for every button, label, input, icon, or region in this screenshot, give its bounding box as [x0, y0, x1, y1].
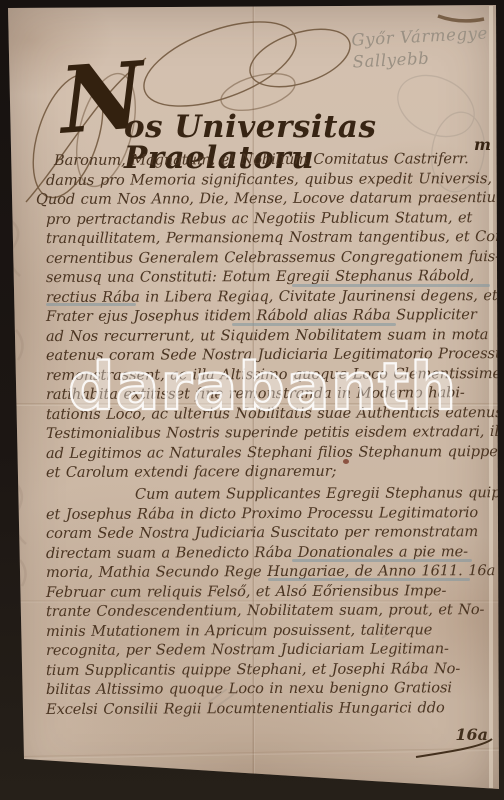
manuscript-line: coram Sede Nostra Judiciaria Suscitato p… [46, 522, 504, 543]
manuscript-line: Cum autem Supplicantes Egregii Stephanus… [135, 483, 504, 504]
photo-background: Győr Vármegye Sallyebb N os Universitas … [0, 0, 504, 800]
pencil-underline [232, 323, 396, 326]
watermark-text: darabanth [68, 350, 457, 425]
manuscript-line: Testimonialibus Nostris superinde petiti… [46, 422, 504, 443]
manuscript-line: ad Legitimos ac Naturales Stephani filio… [46, 442, 504, 463]
manuscript-line: pro pertractandis Rebus ac Negotiis Publ… [46, 208, 504, 229]
pencil-underline [292, 559, 472, 562]
manuscript-line: Baronum, Magnatum, et Nobilium Comitatus… [54, 149, 504, 170]
manuscript-line: trante Condescendentium, Nobilitatem sua… [46, 600, 504, 621]
manuscript-line: et Carolum extendi facere dignaremur; [46, 461, 504, 482]
ink-stain [343, 459, 349, 464]
manuscript-line: ad Nos recurrerunt, ut Siquidem Nobilita… [46, 325, 504, 346]
date-notation: 16a [455, 725, 488, 744]
manuscript-line: bilitas Altissimo quoque Loco in nexu be… [46, 678, 504, 699]
manuscript-line: et Josephus Rába in dicto Proximo Proces… [46, 503, 504, 524]
manuscript-line: cernentibus Generalem Celebrassemus Cong… [46, 247, 504, 268]
manuscript-line: Februar cum reliquis Felső, et Alsó Eőri… [46, 581, 504, 602]
manuscript-paragraph-2: Cum autem Supplicantes Egregii Stephanus… [0, 484, 504, 718]
manuscript-line: Excelsi Consilii Regii Locumtenentialis … [46, 698, 504, 719]
pencil-note: Győr Vármegye Sallyebb [351, 22, 490, 73]
pencil-underline [46, 303, 136, 306]
manuscript-line: Quod cum Nos Anno, Die, Mense, Locove da… [36, 188, 504, 210]
pencil-underline [268, 578, 470, 581]
manuscript-line: tranquillitatem, Permansionemq Nostram t… [46, 227, 504, 248]
manuscript-line: damus pro Memoria significantes, quibus … [46, 169, 504, 190]
pencil-underline [292, 284, 490, 287]
manuscript-line: tium Supplicantis quippe Stephani, et Jo… [46, 659, 504, 680]
manuscript-line: recognita, per Sedem Nostram Judiciariam… [46, 639, 504, 660]
manuscript-paragraph-1: Baronum, Magnatum, et Nobilium Comitatus… [0, 150, 504, 482]
manuscript-line: minis Mutationem in Apricum posuissent, … [46, 620, 504, 641]
